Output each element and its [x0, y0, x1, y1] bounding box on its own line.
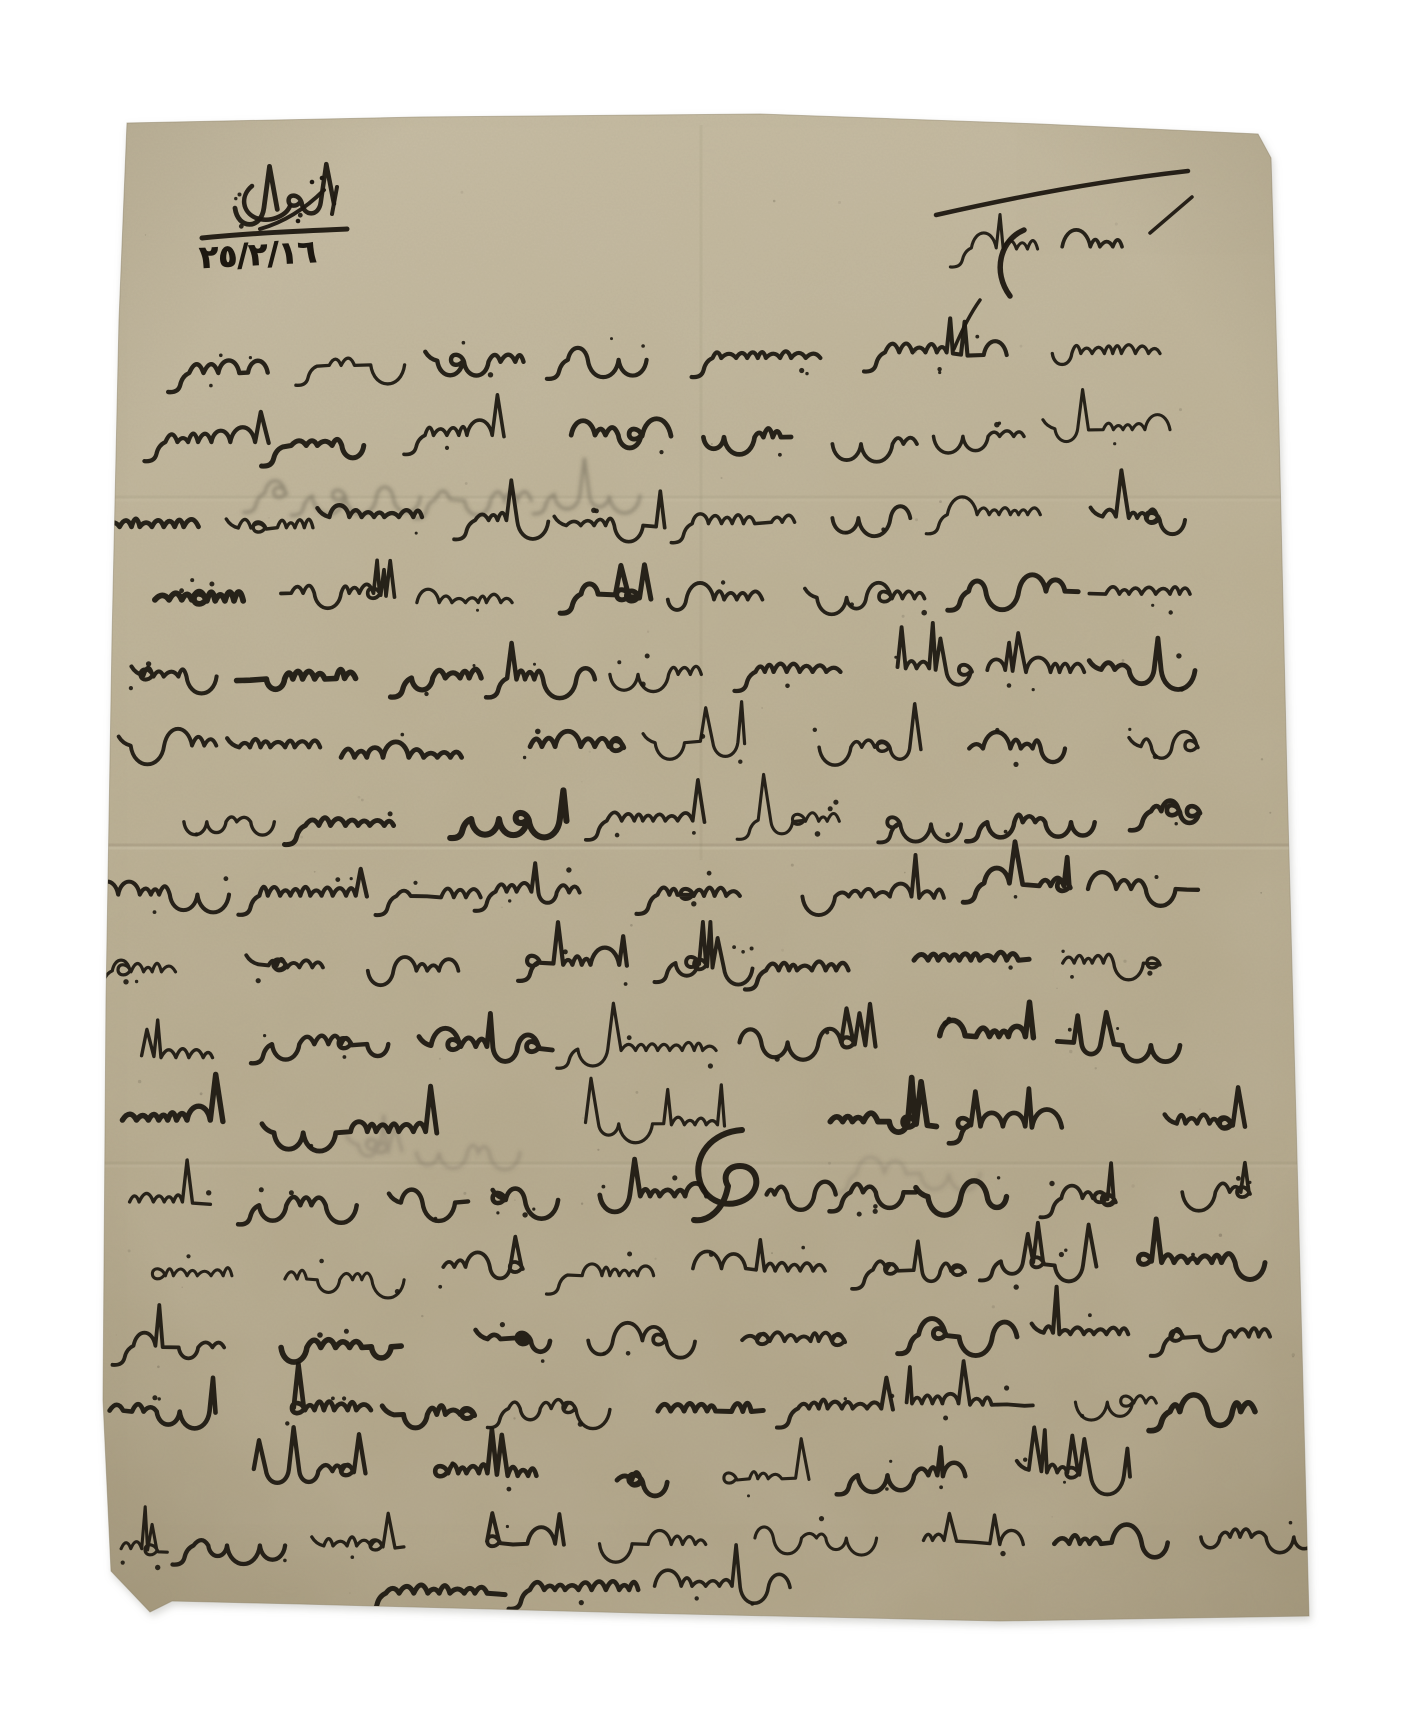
paper-speck [902, 615, 905, 618]
paper-speck [145, 234, 146, 235]
diacritic-dot [939, 1485, 943, 1489]
diacritic-dot [672, 1175, 677, 1180]
letter-photograph: ٢٥/٢/١٦ [0, 0, 1417, 1725]
diacritic-dot [579, 1600, 584, 1605]
diacritic-dot [889, 1460, 892, 1463]
heading-dot [296, 219, 301, 224]
diacritic-dot [424, 692, 428, 696]
paper-speck [1020, 345, 1023, 348]
diacritic-dot [146, 661, 151, 666]
diacritic-dot [500, 1322, 505, 1327]
paper-speck [834, 450, 835, 451]
diacritic-dot [741, 950, 745, 954]
diacritic-dot [508, 899, 511, 902]
diacritic-dot [1153, 754, 1158, 759]
diacritic-dot [709, 1252, 714, 1257]
diacritic-dot [750, 947, 754, 951]
paper-speck [914, 351, 917, 354]
diacritic-dot [943, 1021, 949, 1027]
diacritic-dot [566, 867, 571, 872]
paper-speck [813, 1261, 815, 1263]
paper-speck [1095, 1067, 1097, 1069]
paper-speck [915, 518, 918, 521]
diacritic-dot [627, 1252, 632, 1257]
diacritic-dot [158, 1397, 161, 1400]
paper-speck [1261, 758, 1263, 760]
diacritic-dot [1116, 1027, 1119, 1030]
diacritic-dot [1068, 1028, 1072, 1032]
diacritic-dot [445, 446, 449, 450]
diacritic-dot [627, 1035, 632, 1040]
diacritic-dot [395, 1289, 400, 1294]
diacritic-dot [121, 1561, 125, 1565]
diacritic-dot [342, 1396, 346, 1400]
diacritic-dot [873, 1204, 878, 1209]
crease-light [103, 499, 1285, 502]
paper-speck [1159, 514, 1161, 516]
diacritic-dot [850, 602, 854, 606]
diacritic-dot [819, 1516, 824, 1521]
diacritic-dot [833, 800, 838, 805]
diacritic-dot [1236, 1176, 1241, 1181]
paper-speck [589, 751, 591, 753]
diacritic-dot [522, 1212, 527, 1217]
date-text: ٢٥/٢/١٦ [199, 234, 318, 276]
diacritic-dot [135, 980, 138, 983]
paper-speck [465, 482, 468, 485]
paper-speck [791, 864, 794, 867]
paper-speck [962, 498, 964, 500]
diacritic-dot [209, 582, 214, 587]
diacritic-dot [1013, 762, 1018, 767]
diacritic-dot [1151, 604, 1154, 607]
diacritic-dot [319, 1259, 324, 1264]
diacritic-dot [624, 982, 628, 986]
diacritic-dot [1059, 1252, 1064, 1257]
diacritic-dot [1113, 442, 1116, 445]
paper-speck [747, 593, 749, 595]
paper-speck [268, 517, 270, 519]
diacritic-dot [1063, 1481, 1066, 1484]
diacritic-dot [179, 588, 184, 593]
paper-speck [1122, 659, 1125, 662]
paper-speck [128, 1249, 131, 1252]
diacritic-dot [219, 354, 223, 358]
paper-speck [721, 477, 723, 479]
diacritic-dot [738, 760, 742, 764]
diacritic-dot [462, 341, 466, 345]
paper-speck [647, 631, 649, 633]
paper-speck [314, 871, 316, 873]
diacritic-dot [881, 527, 885, 531]
diacritic-dot [825, 1030, 829, 1034]
diacritic-dot [1175, 822, 1178, 825]
diacritic-dot [921, 610, 927, 616]
diacritic-dot [350, 877, 353, 880]
crease-light [103, 847, 1305, 850]
diacritic-dot [946, 832, 951, 837]
diacritic-dot [578, 1421, 583, 1426]
diacritic-dot [691, 901, 696, 906]
diacritic-dot [129, 686, 133, 690]
paper-speck [1051, 1516, 1053, 1518]
paper-speck [636, 1091, 639, 1094]
diacritic-dot [155, 1565, 160, 1570]
diacritic-dot [335, 877, 340, 882]
diacritic-dot [721, 580, 725, 584]
diacritic-dot [473, 664, 476, 667]
diacritic-dot [857, 1212, 862, 1217]
paper-speck [513, 1417, 515, 1419]
paper-speck [992, 1305, 995, 1308]
diacritic-dot [1049, 1181, 1054, 1186]
diacritic-dot [1008, 965, 1012, 969]
diacritic-dot [813, 728, 817, 732]
diacritic-dot [206, 1190, 211, 1195]
paper-speck [138, 1080, 141, 1083]
diacritic-dot [263, 1034, 266, 1037]
paper-speck [1179, 408, 1182, 411]
diacritic-dot [317, 1332, 323, 1338]
diacritic-dot [775, 1057, 780, 1062]
diacritic-dot [523, 756, 526, 759]
diacritic-dot [285, 1421, 289, 1425]
diacritic-dot [659, 450, 663, 454]
diacritic-dot [997, 1176, 1000, 1179]
diacritic-dot [998, 422, 1001, 425]
diacritic-dot [506, 1525, 509, 1528]
heading-dot [310, 180, 315, 185]
paper-speck [838, 201, 841, 204]
diacritic-dot [1064, 1249, 1067, 1252]
diacritic-dot [488, 372, 493, 377]
diacritic-dot [700, 734, 705, 739]
diacritic-dot [249, 356, 252, 359]
paper-speck [581, 1203, 583, 1205]
diacritic-dot [186, 1254, 190, 1258]
diacritic-dot [947, 1017, 952, 1022]
paper-speck [299, 1403, 301, 1405]
diacritic-dot [828, 806, 833, 811]
diacritic-dot [1007, 683, 1012, 688]
paper-speck [501, 907, 502, 908]
paper-speck [182, 1287, 183, 1288]
diacritic-dot [533, 663, 536, 666]
diacritic-dot [615, 833, 620, 838]
diacritic-dot [1155, 875, 1159, 879]
paper-speck [655, 1258, 657, 1260]
diacritic-dot [331, 1397, 335, 1401]
paper-speck [587, 350, 589, 352]
paper-speck [461, 191, 464, 194]
diacritic-dot [937, 367, 941, 371]
diacritic-dot [476, 609, 479, 612]
diacritic-dot [708, 1063, 713, 1068]
diacritic-dot [873, 1209, 878, 1214]
paper-speck [1260, 892, 1262, 894]
diacritic-dot [496, 1211, 499, 1214]
diacritic-dot [238, 193, 242, 197]
diacritic-dot [885, 1487, 889, 1491]
diacritic-dot [1191, 1253, 1195, 1257]
diacritic-dot [1179, 687, 1184, 692]
paper-speck [773, 200, 776, 203]
diacritic-dot [815, 831, 821, 837]
paper-speck [828, 1162, 831, 1165]
diacritic-dot [1014, 895, 1018, 899]
paper-speck [358, 796, 361, 799]
paper-speck [582, 1117, 584, 1119]
diacritic-dot [785, 684, 790, 689]
diacritic-dot [995, 728, 999, 732]
diacritic-dot [239, 224, 244, 229]
diacritic-dot [1248, 1181, 1251, 1184]
paper-speck [1056, 988, 1058, 990]
diacritic-dot [602, 1185, 606, 1189]
diacritic-dot [1289, 1521, 1293, 1525]
diacritic-dot [289, 1190, 294, 1195]
paper-speck [771, 1252, 773, 1254]
diacritic-dot [695, 1596, 699, 1600]
diacritic-dot [343, 1055, 347, 1059]
diacritic-dot [450, 1461, 455, 1466]
diacritic-dot [351, 1555, 355, 1559]
diacritic-dot [707, 871, 712, 876]
diacritic-dot [602, 1352, 606, 1356]
paper-speck [1269, 812, 1271, 814]
diacritic-dot [415, 532, 418, 535]
diacritic-dot [1176, 653, 1181, 658]
diacritic-dot [1014, 1284, 1019, 1289]
paper-speck [781, 949, 784, 952]
paper-speck [116, 1334, 117, 1335]
paper-speck [939, 500, 942, 503]
diacritic-dot [845, 531, 848, 534]
diacritic-dot [747, 1494, 750, 1497]
paper-speck [904, 872, 906, 874]
diacritic-dot [1070, 975, 1074, 979]
paper-speck [1115, 223, 1118, 226]
diacritic-dot [152, 1395, 157, 1400]
diacritic-dot [778, 453, 782, 457]
paper-speck [711, 443, 713, 445]
diacritic-dot [640, 682, 645, 687]
letter-photo-canvas: ٢٥/٢/١٦ [0, 0, 1417, 1725]
diacritic-dot [541, 1359, 545, 1363]
diacritic-dot [153, 910, 157, 914]
paper-speck [761, 707, 762, 708]
paper-speck [157, 1366, 160, 1369]
diacritic-dot [388, 811, 393, 816]
diacritic-dot [434, 1217, 438, 1221]
diacritic-dot [507, 1487, 512, 1492]
diacritic-dot [344, 1329, 349, 1334]
diacritic-dot [894, 656, 897, 659]
diacritic-dot [641, 344, 645, 348]
paper-speck [1069, 1050, 1072, 1053]
crease-vertical [700, 125, 703, 860]
diacritic-dot [799, 368, 804, 373]
diacritic-dot [890, 1394, 894, 1398]
diacritic-dot [1000, 1551, 1005, 1556]
diacritic-dot [1061, 950, 1064, 953]
diacritic-dot [645, 654, 650, 659]
diacritic-dot [844, 1397, 847, 1400]
diacritic-dot [123, 979, 128, 984]
diacritic-dot [535, 729, 541, 735]
heading-dot [320, 176, 325, 181]
diacritic-dot [256, 978, 261, 983]
diacritic-dot [610, 337, 613, 340]
diacritic-dot [209, 384, 213, 388]
paper-speck [349, 1592, 351, 1594]
diacritic-dot [1023, 1458, 1027, 1462]
diacritic-dot [298, 213, 303, 218]
paper-speck [1219, 1234, 1222, 1237]
diacritic-dot [532, 1208, 535, 1211]
diacritic-dot [194, 832, 198, 836]
diacritic-dot [801, 1246, 805, 1250]
diacritic-dot [224, 876, 229, 881]
diacritic-dot [309, 1144, 313, 1148]
diacritic-dot [234, 197, 237, 200]
paper-speck [514, 1199, 516, 1201]
diacritic-dot [750, 1602, 754, 1606]
diacritic-dot [591, 508, 596, 513]
diacritic-dot [413, 881, 417, 885]
diacritic-dot [259, 1187, 264, 1192]
paper-speck [1199, 1108, 1201, 1110]
diacritic-dot [1169, 610, 1173, 614]
diacritic-dot [563, 949, 568, 954]
diacritic-dot [1128, 728, 1131, 731]
paper-speck [439, 1058, 441, 1060]
diacritic-dot [438, 1285, 442, 1289]
diacritic-dot [1004, 1385, 1009, 1390]
diacritic-dot [938, 371, 941, 374]
paper-speck [1123, 960, 1126, 963]
paper-speck [200, 1092, 203, 1095]
diacritic-dot [401, 733, 405, 737]
diacritic-dot [1147, 971, 1152, 976]
paper-speck [421, 1315, 423, 1317]
paper-speck [597, 1149, 599, 1151]
diacritic-dot [943, 1416, 948, 1421]
diacritic-dot [283, 1559, 287, 1563]
diacritic-dot [975, 335, 979, 339]
paper-speck [361, 799, 364, 802]
diacritic-dot [1032, 688, 1035, 691]
paper-speck [723, 1129, 725, 1131]
diacritic-dot [692, 831, 696, 835]
paper-speck [1292, 1353, 1295, 1356]
diacritic-dot [805, 372, 808, 375]
diacritic-dot [617, 660, 621, 664]
paper-speck [463, 1192, 466, 1195]
diacritic-dot [732, 945, 736, 949]
diacritic-dot [1004, 830, 1008, 834]
paper-speck [1131, 1184, 1134, 1187]
diacritic-dot [190, 578, 194, 582]
diacritic-dot [1080, 1414, 1084, 1418]
paper-speck [300, 836, 303, 839]
paper-speck [630, 924, 633, 927]
diacritic-dot [626, 1351, 631, 1356]
paper-speck [581, 781, 582, 782]
diacritic-dot [1088, 1313, 1092, 1317]
